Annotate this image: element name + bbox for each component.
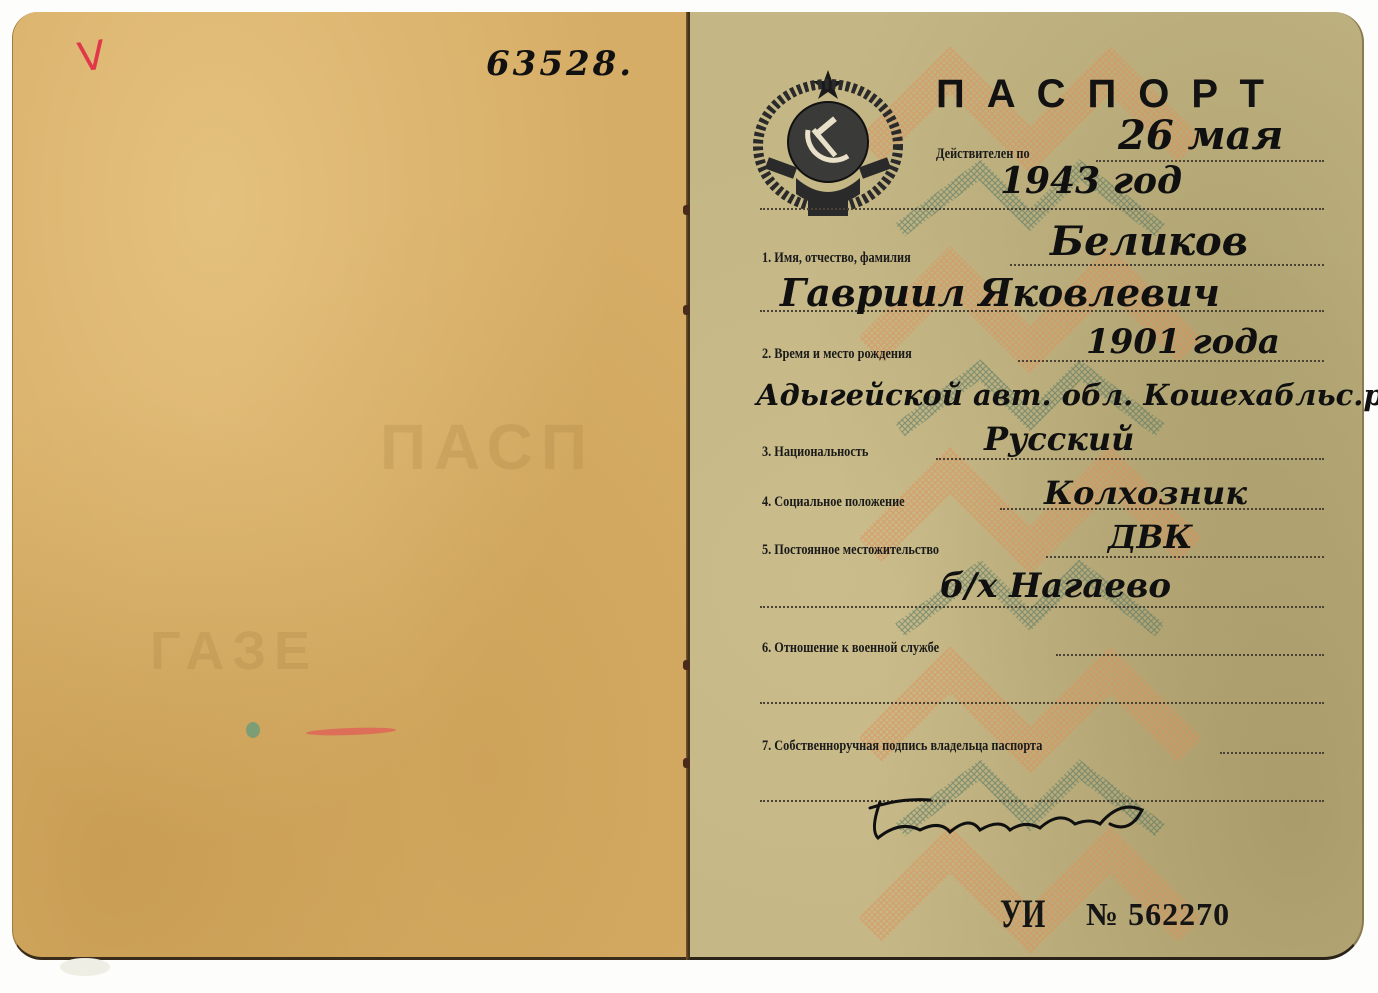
- show-through-text: ПАСП: [380, 410, 595, 484]
- field-value-birth-year: 1901 года: [1086, 322, 1280, 362]
- loose-thread: [60, 958, 110, 976]
- owner-signature: [860, 790, 1160, 850]
- field-label-nationality: 3. Национальность: [762, 444, 868, 461]
- passport-number: № 562270: [1086, 896, 1230, 933]
- number-value: 562270: [1128, 896, 1230, 932]
- field-label-name: 1. Имя, отчество, фамилия: [762, 250, 911, 267]
- dotted-line: [760, 702, 1324, 704]
- green-ink-smudge: [246, 722, 260, 738]
- dotted-line: [760, 208, 1324, 210]
- dotted-line: [1056, 654, 1324, 656]
- passport-series: УИ: [1000, 890, 1045, 937]
- dotted-line: [1220, 752, 1324, 754]
- field-value-given-names: Гавриил Яковлевич: [780, 270, 1220, 315]
- field-label-social-status: 4. Социальное положение: [762, 494, 905, 511]
- field-label-signature: 7. Собственноручная подпись владельца па…: [762, 738, 1042, 755]
- number-sign: №: [1086, 896, 1119, 932]
- field-value-social-status: Колхозник: [1044, 474, 1247, 512]
- field-value-birth-place: Адыгейской авт. обл. Кошехабльс.р.: [756, 378, 1378, 412]
- field-label-birth: 2. Время и место рождения: [762, 346, 912, 363]
- dotted-line: [936, 458, 1324, 460]
- ussr-emblem-icon: [752, 66, 904, 222]
- dotted-line: [1046, 556, 1324, 558]
- valid-until-year: 1943 год: [1000, 160, 1182, 202]
- left-page: [12, 12, 688, 960]
- field-value-residence-region: ДВК: [1108, 518, 1193, 556]
- dotted-line: [760, 606, 1324, 608]
- field-value-residence-place: б/х Нагаево: [940, 566, 1171, 606]
- handwritten-serial-number: 63528.: [486, 44, 634, 84]
- show-through-text: ГАЗЕ: [150, 620, 318, 682]
- passport-title: ПАСПОРТ: [936, 72, 1286, 117]
- valid-until-value: 26 мая: [1118, 112, 1283, 159]
- field-label-military-service: 6. Отношение к военной службе: [762, 640, 939, 657]
- field-value-surname: Беликов: [1050, 218, 1248, 265]
- field-label-residence: 5. Постоянное местожительство: [762, 542, 939, 559]
- field-value-nationality: Русский: [984, 420, 1134, 458]
